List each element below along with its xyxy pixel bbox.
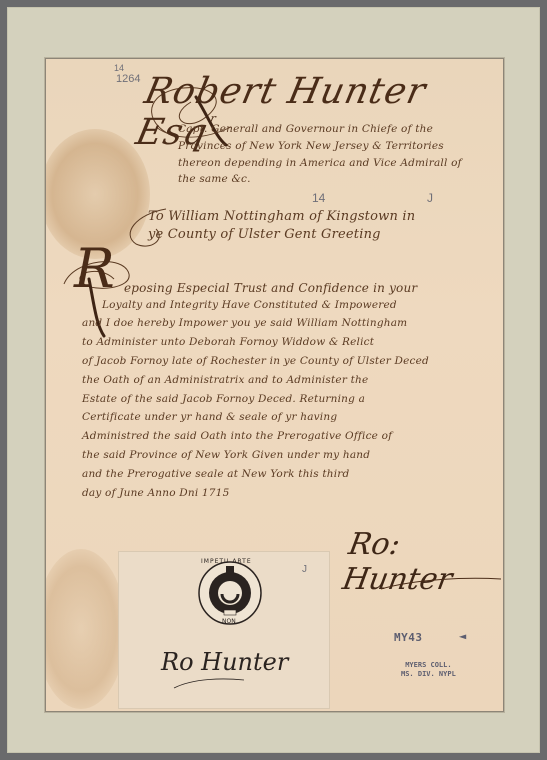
seal-motto-top: IMPETU ARTE	[201, 558, 252, 565]
inset-card: IMPETU ARTE NON J Ro Hunter	[118, 551, 330, 709]
inset-signature: Ro Hunter	[161, 648, 288, 676]
body-line: eposing Especial Trust and Confidence in…	[124, 281, 417, 295]
body-line: the said Province of New York Given unde…	[82, 449, 370, 461]
wax-seal-emblem	[197, 560, 263, 626]
pencil-letter: J	[302, 564, 307, 575]
body-line: day of June Anno Dni 1715	[82, 487, 229, 499]
body-initial: R	[74, 237, 115, 300]
title-line: Capt. Generall and Governour in Chiefe o…	[178, 123, 433, 135]
title-line: Provinces of New York New Jersey & Terri…	[178, 140, 444, 152]
pencil-number: 14	[312, 191, 325, 205]
water-stain	[45, 549, 126, 709]
signature: Ro: Hunter	[340, 527, 504, 597]
accession-stamp: MY43	[394, 631, 423, 644]
body-line: the Oath of an Administratrix and to Adm…	[82, 374, 368, 386]
body-line: and I doe hereby Impower you ye said Wil…	[82, 317, 407, 329]
manuscript-page: 14 1264 Robert Hunter Esqr Capt. General…	[45, 58, 504, 712]
body-line: Certificate under yr hand & seale of yr …	[82, 411, 337, 423]
body-line: to Administer unto Deborah Fornoy Widdow…	[82, 336, 374, 348]
seal-motto-bottom: NON	[222, 618, 236, 625]
address-line: To William Nottingham of Kingstown in	[148, 209, 415, 224]
body-line: Loyalty and Integrity Have Constituted &…	[102, 299, 397, 311]
pencil-note: 14	[114, 63, 124, 73]
body-line: Administred the said Oath into the Prero…	[82, 430, 392, 442]
title-line: thereon depending in America and Vice Ad…	[178, 157, 462, 169]
body-line: of Jacob Fornoy late of Rochester in ye …	[82, 355, 429, 367]
collection-stamp: MYERS COLL. MS. DIV. NYPL	[401, 661, 456, 679]
title-line: the same &c.	[178, 173, 251, 185]
address-line: ye County of Ulster Gent Greeting	[148, 227, 381, 242]
body-line: Estate of the said Jacob Fornoy Deced. R…	[82, 393, 365, 405]
catalog-number: 1264	[116, 73, 140, 85]
marker-stamp: ◄	[459, 629, 466, 643]
pencil-letter: J	[427, 191, 433, 205]
body-line: and the Prerogative seale at New York th…	[82, 468, 349, 480]
